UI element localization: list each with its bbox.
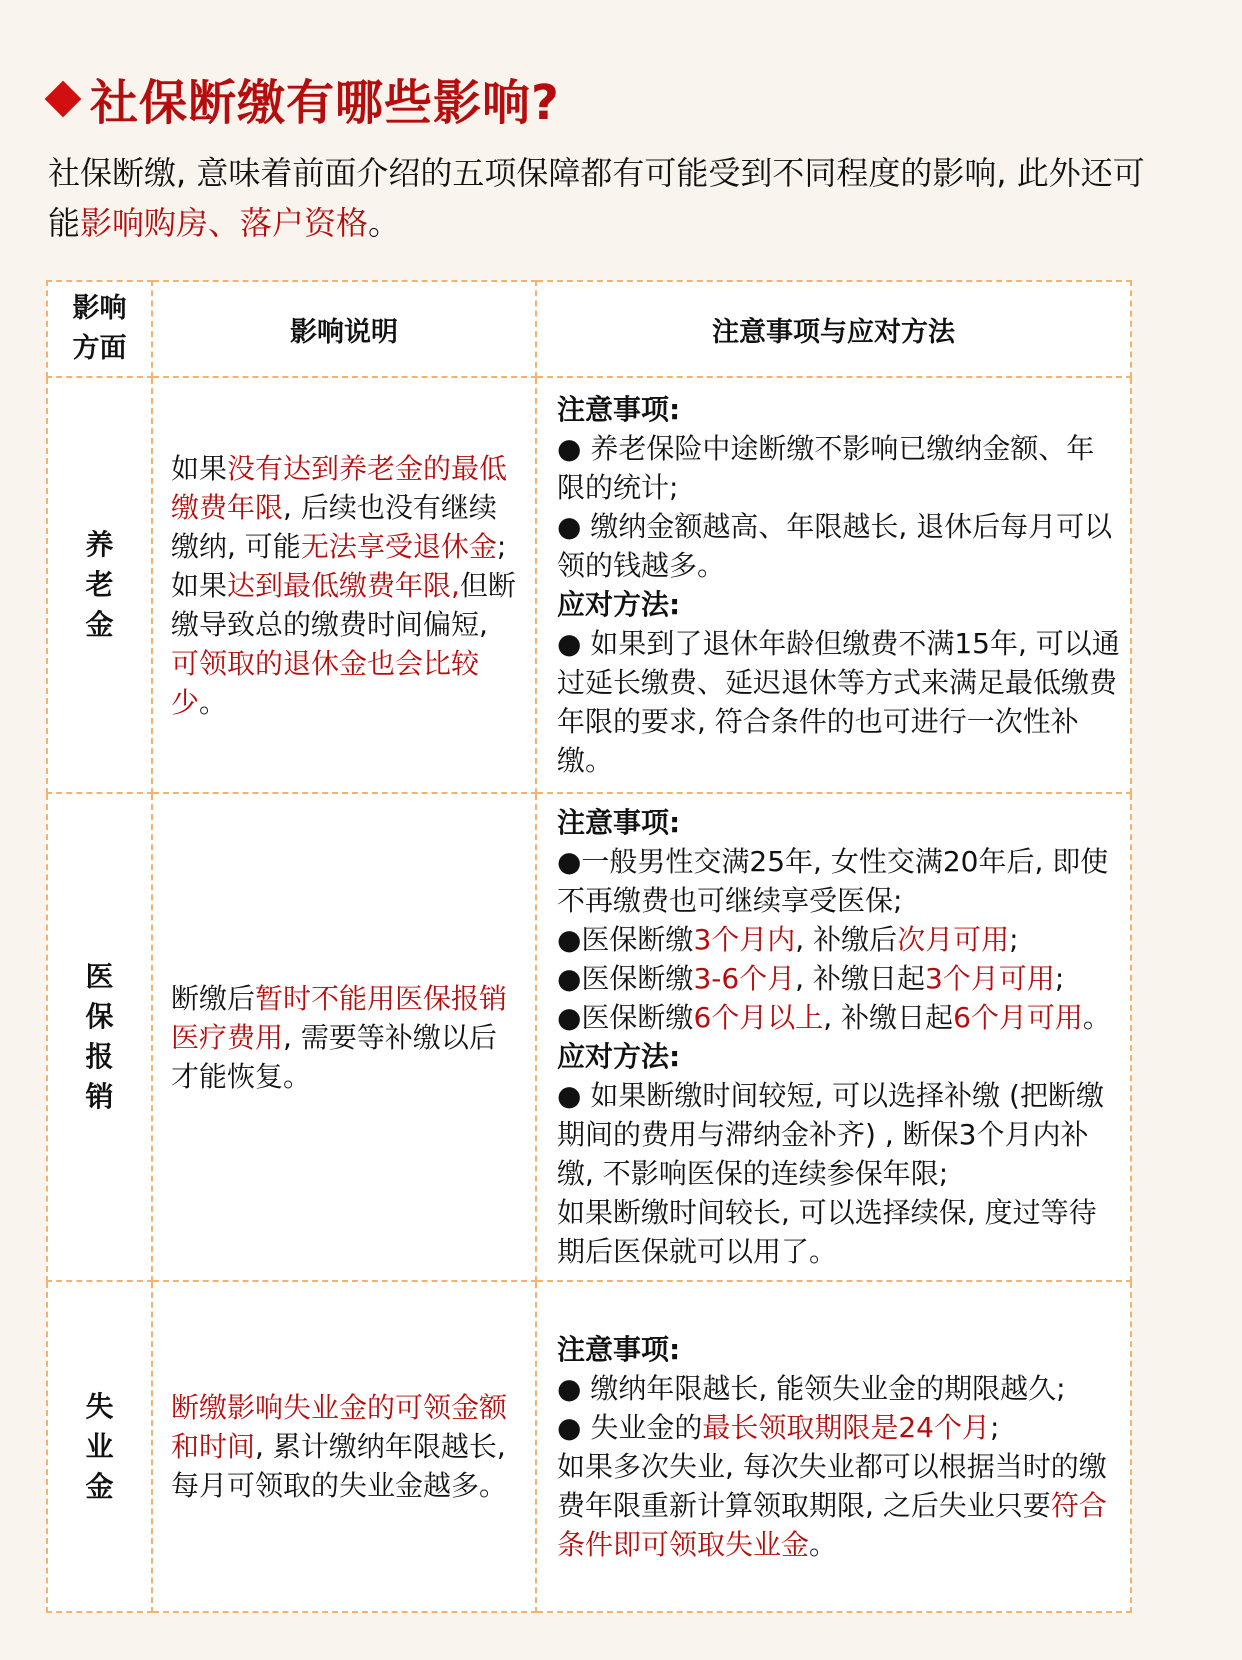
note-item: ●一般男性交满25年, 女性交满20年后, 即使不再缴费也可继续享受医保; [557,842,1122,920]
note-item-text: 如果多次失业, 每次失业都可以根据当时的缴费年限重新计算领取期限, 之后失业只要 [557,1450,1107,1522]
note-item-highlight: 6个月以上 [693,1001,823,1034]
note-item: ● 养老保险中途断缴不影响已缴纳金额、年限的统计; [557,429,1122,507]
note-item: ●医保断缴3-6个月, 补缴日起3个月可用; [557,959,1122,998]
note-item-text: , 补缴后 [795,923,897,956]
note-item-highlight: 3-6个月 [693,962,795,995]
note-item-text: ● 养老保险中途断缴不影响已缴纳金额、年限的统计; [557,432,1094,504]
description-text: 。 [199,686,227,719]
note-item-highlight: 3个月可用 [925,962,1055,995]
description-highlight: 无法享受退休金 [301,530,497,563]
method-item-text: 如果断缴时间较长, 可以选择续保, 度过等待期后医保就可以用了。 [557,1196,1097,1268]
aspect-char: 老 [49,565,150,605]
page-title: 社保断缴有哪些影响? [46,64,560,133]
header-aspect: 影响 方面 [47,281,152,377]
methods-title: 应对方法: [557,585,1122,624]
description-cell: 断缴影响失业金的可领金额和时间, 累计缴纳年限越长, 每月可领取的失业金越多。 [152,1281,536,1612]
notes-cell: 注意事项:●一般男性交满25年, 女性交满20年后, 即使不再缴费也可继续享受医… [536,793,1131,1281]
description-text: 如果 [171,452,227,485]
note-item-text: ● 缴纳金额越高、年限越长, 退休后每月可以领的钱越多。 [557,510,1112,582]
notes-title: 注意事项: [557,803,1122,842]
notes-cell: 注意事项:● 养老保险中途断缴不影响已缴纳金额、年限的统计;● 缴纳金额越高、年… [536,377,1131,793]
description-highlight: 达到最低缴费年限, [227,569,460,602]
table-row-unemployment: 失业金 断缴影响失业金的可领金额和时间, 累计缴纳年限越长, 每月可领取的失业金… [47,1281,1131,1612]
header-notes: 注意事项与应对方法 [536,281,1131,377]
note-item: ● 缴纳金额越高、年限越长, 退休后每月可以领的钱越多。 [557,507,1122,585]
notes-title: 注意事项: [557,1330,1122,1369]
note-item-text: ●一般男性交满25年, 女性交满20年后, 即使不再缴费也可继续享受医保; [557,845,1108,917]
aspect-char: 医 [49,957,150,997]
note-item: ●医保断缴3个月内, 补缴后次月可用; [557,920,1122,959]
note-item-highlight: 3个月内 [693,923,795,956]
aspect-char: 金 [49,605,150,645]
description-cell: 断缴后暂时不能用医保报销医疗费用, 需要等补缴以后才能恢复。 [152,793,536,1281]
method-item-text: ● 如果到了退休年龄但缴费不满15年, 可以通过延长缴费、延迟退休等方式来满足最… [557,627,1120,777]
description-text: ; [497,530,506,563]
aspect-char: 报 [49,1037,150,1077]
note-item-text: ; [1009,923,1018,956]
notes-cell: 注意事项:● 缴纳年限越长, 能领失业金的期限越久;● 失业金的最长领取期限是2… [536,1281,1131,1612]
aspect-char: 保 [49,997,150,1037]
header-aspect-line2: 方面 [49,329,150,369]
header-aspect-line1: 影响 [49,289,150,329]
description-text: 断缴后 [171,982,255,1015]
intro-highlight: 影响购房、落户资格 [80,204,368,242]
description-cell: 如果没有达到养老金的最低缴费年限, 后续也没有继续缴纳, 可能无法享受退休金;如… [152,377,536,793]
diamond-bullet-icon [45,80,82,117]
aspect-cell: 养老金 [47,377,152,793]
note-item-highlight: 6个月可用 [953,1001,1083,1034]
aspect-char: 业 [49,1427,150,1467]
method-item: 如果断缴时间较长, 可以选择续保, 度过等待期后医保就可以用了。 [557,1193,1122,1271]
note-item-text: ●医保断缴 [557,962,693,995]
description-text: 如果 [171,569,227,602]
note-item: ● 缴纳年限越长, 能领失业金的期限越久; [557,1369,1122,1408]
method-item: ● 如果到了退休年龄但缴费不满15年, 可以通过延长缴费、延迟退休等方式来满足最… [557,624,1122,780]
note-item-text: ● 失业金的 [557,1411,702,1444]
method-item: ● 如果断缴时间较短, 可以选择补缴 (把断缴期间的费用与滞纳金补齐) , 断保… [557,1076,1122,1193]
impact-table: 影响 方面 影响说明 注意事项与应对方法 养老金 如果没有达到养老金的最低缴费年… [46,280,1132,1613]
intro-paragraph: 社保断缴, 意味着前面介绍的五项保障都有可能受到不同程度的影响, 此外还可能影响… [48,148,1168,248]
aspect-char: 销 [49,1077,150,1117]
note-item-text: 。 [1083,1001,1111,1034]
note-item: ● 失业金的最长领取期限是24个月; [557,1408,1122,1447]
note-item: 如果多次失业, 每次失业都可以根据当时的缴费年限重新计算领取期限, 之后失业只要… [557,1447,1122,1564]
aspect-cell: 医保报销 [47,793,152,1281]
aspect-char: 养 [49,525,150,565]
header-description: 影响说明 [152,281,536,377]
note-item-text: , 补缴日起 [823,1001,953,1034]
aspect-char: 金 [49,1467,150,1507]
note-item-text: 。 [809,1528,837,1561]
title-text: 社保断缴有哪些影响? [90,64,560,133]
note-item-text: ●医保断缴 [557,923,693,956]
note-item-text: , 补缴日起 [795,962,925,995]
note-item-text: ●医保断缴 [557,1001,693,1034]
note-item-text: ; [1055,962,1064,995]
notes-title: 注意事项: [557,390,1122,429]
table-row-medical: 医保报销 断缴后暂时不能用医保报销医疗费用, 需要等补缴以后才能恢复。 注意事项… [47,793,1131,1281]
aspect-cell: 失业金 [47,1281,152,1612]
table-header-row: 影响 方面 影响说明 注意事项与应对方法 [47,281,1131,377]
methods-title: 应对方法: [557,1037,1122,1076]
note-item: ●医保断缴6个月以上, 补缴日起6个月可用。 [557,998,1122,1037]
note-item-text: ; [990,1411,999,1444]
note-item-text: ● 缴纳年限越长, 能领失业金的期限越久; [557,1372,1066,1405]
aspect-char: 失 [49,1387,150,1427]
note-item-highlight: 次月可用 [897,923,1009,956]
table-row-pension: 养老金 如果没有达到养老金的最低缴费年限, 后续也没有继续缴纳, 可能无法享受退… [47,377,1131,793]
method-item-text: ● 如果断缴时间较短, 可以选择补缴 (把断缴期间的费用与滞纳金补齐) , 断保… [557,1079,1104,1190]
note-item-highlight: 最长领取期限是24个月 [702,1411,990,1444]
intro-suffix: 。 [368,204,400,242]
